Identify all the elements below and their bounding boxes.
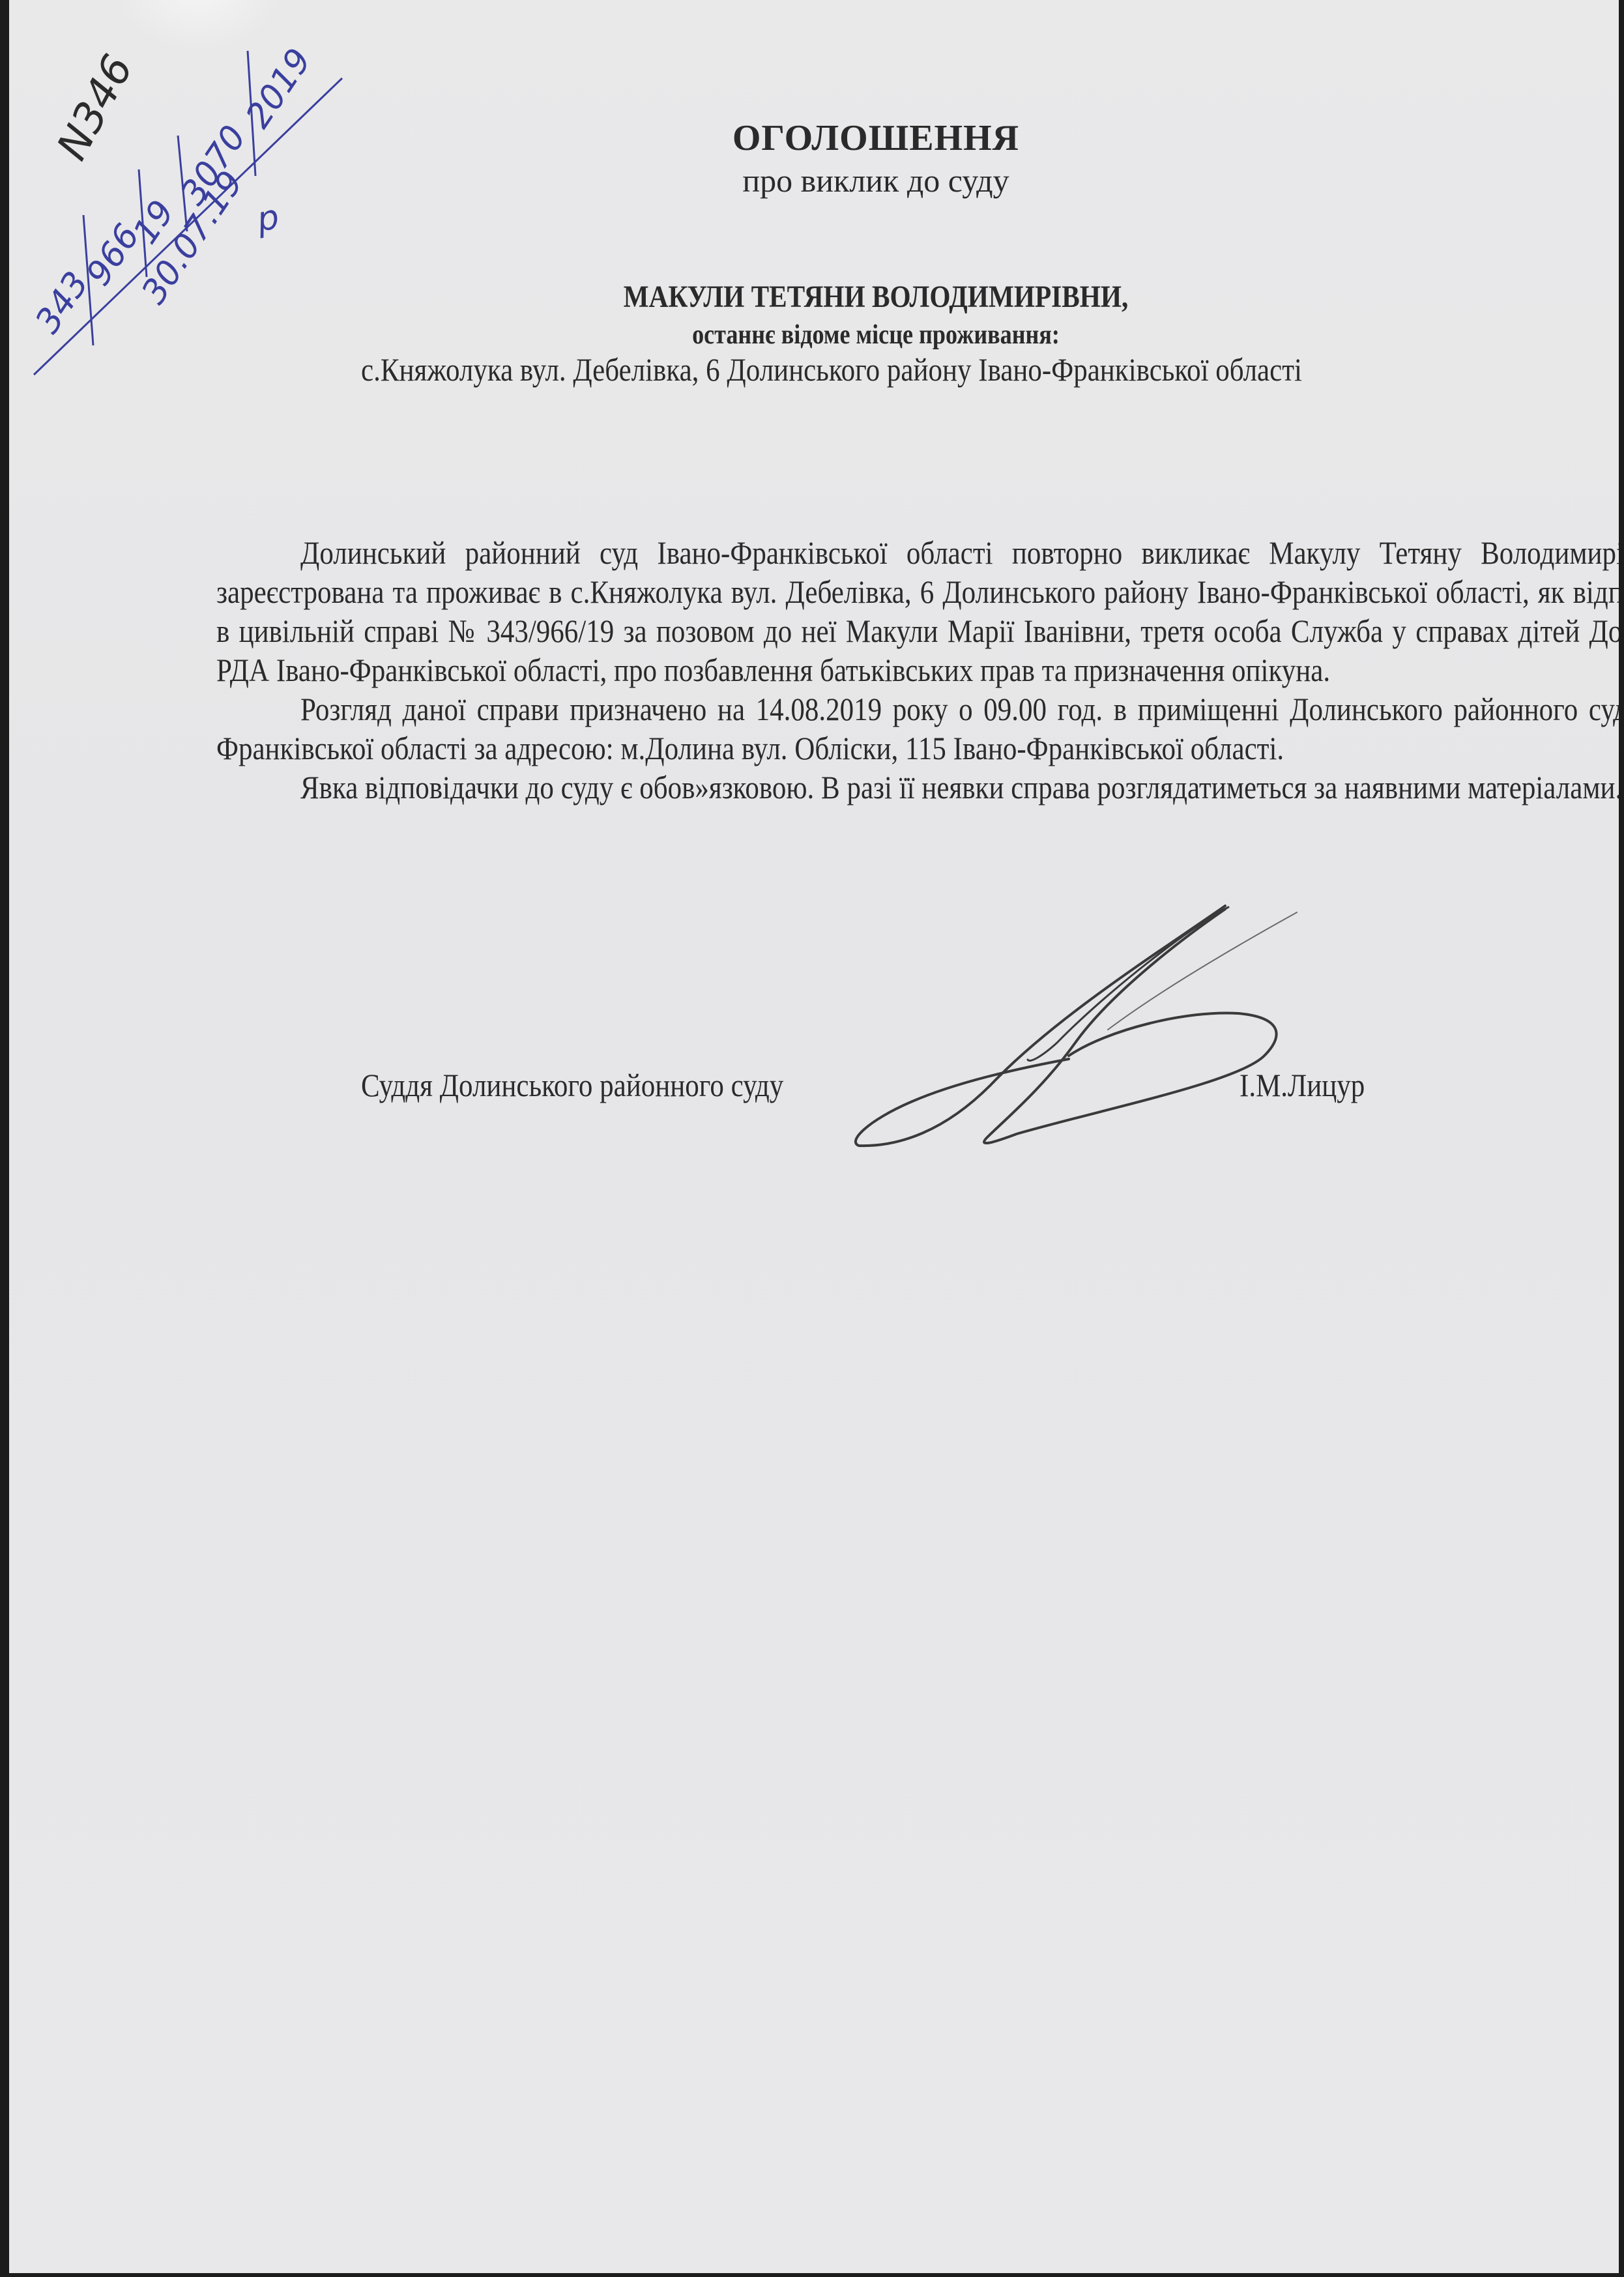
scan-background: ОГОЛОШЕННЯ про виклик до суду МАКУЛИ ТЕТ… <box>0 0 1624 2277</box>
residence-address: с.Княжолука вул. Дебелівка, 6 Долинськог… <box>361 351 1302 388</box>
paper-sheet: ОГОЛОШЕННЯ про виклик до суду МАКУЛИ ТЕТ… <box>9 0 1619 2273</box>
paragraph-summons: Долинський районний суд Івано-Франківськ… <box>216 533 1619 689</box>
document-title: ОГОЛОШЕННЯ <box>9 117 1619 159</box>
paragraph-attendance: Явка відповідачки до суду є обов»язковою… <box>216 768 1619 807</box>
addressee-name: МАКУЛИ ТЕТЯНИ ВОЛОДИМИРІВНИ, <box>130 279 1619 315</box>
residence-label: останнє відоме місце проживання: <box>130 319 1619 351</box>
signature-title: Суддя Долинського районного суду <box>361 1066 783 1104</box>
judge-name: І.М.Лицур <box>1240 1066 1365 1104</box>
document-subtitle: про виклик до суду <box>9 162 1619 199</box>
paragraph-hearing: Розгляд даної справи призначено на 14.08… <box>216 689 1619 768</box>
document-body: Долинський районний суд Івано-Франківськ… <box>216 533 1619 807</box>
